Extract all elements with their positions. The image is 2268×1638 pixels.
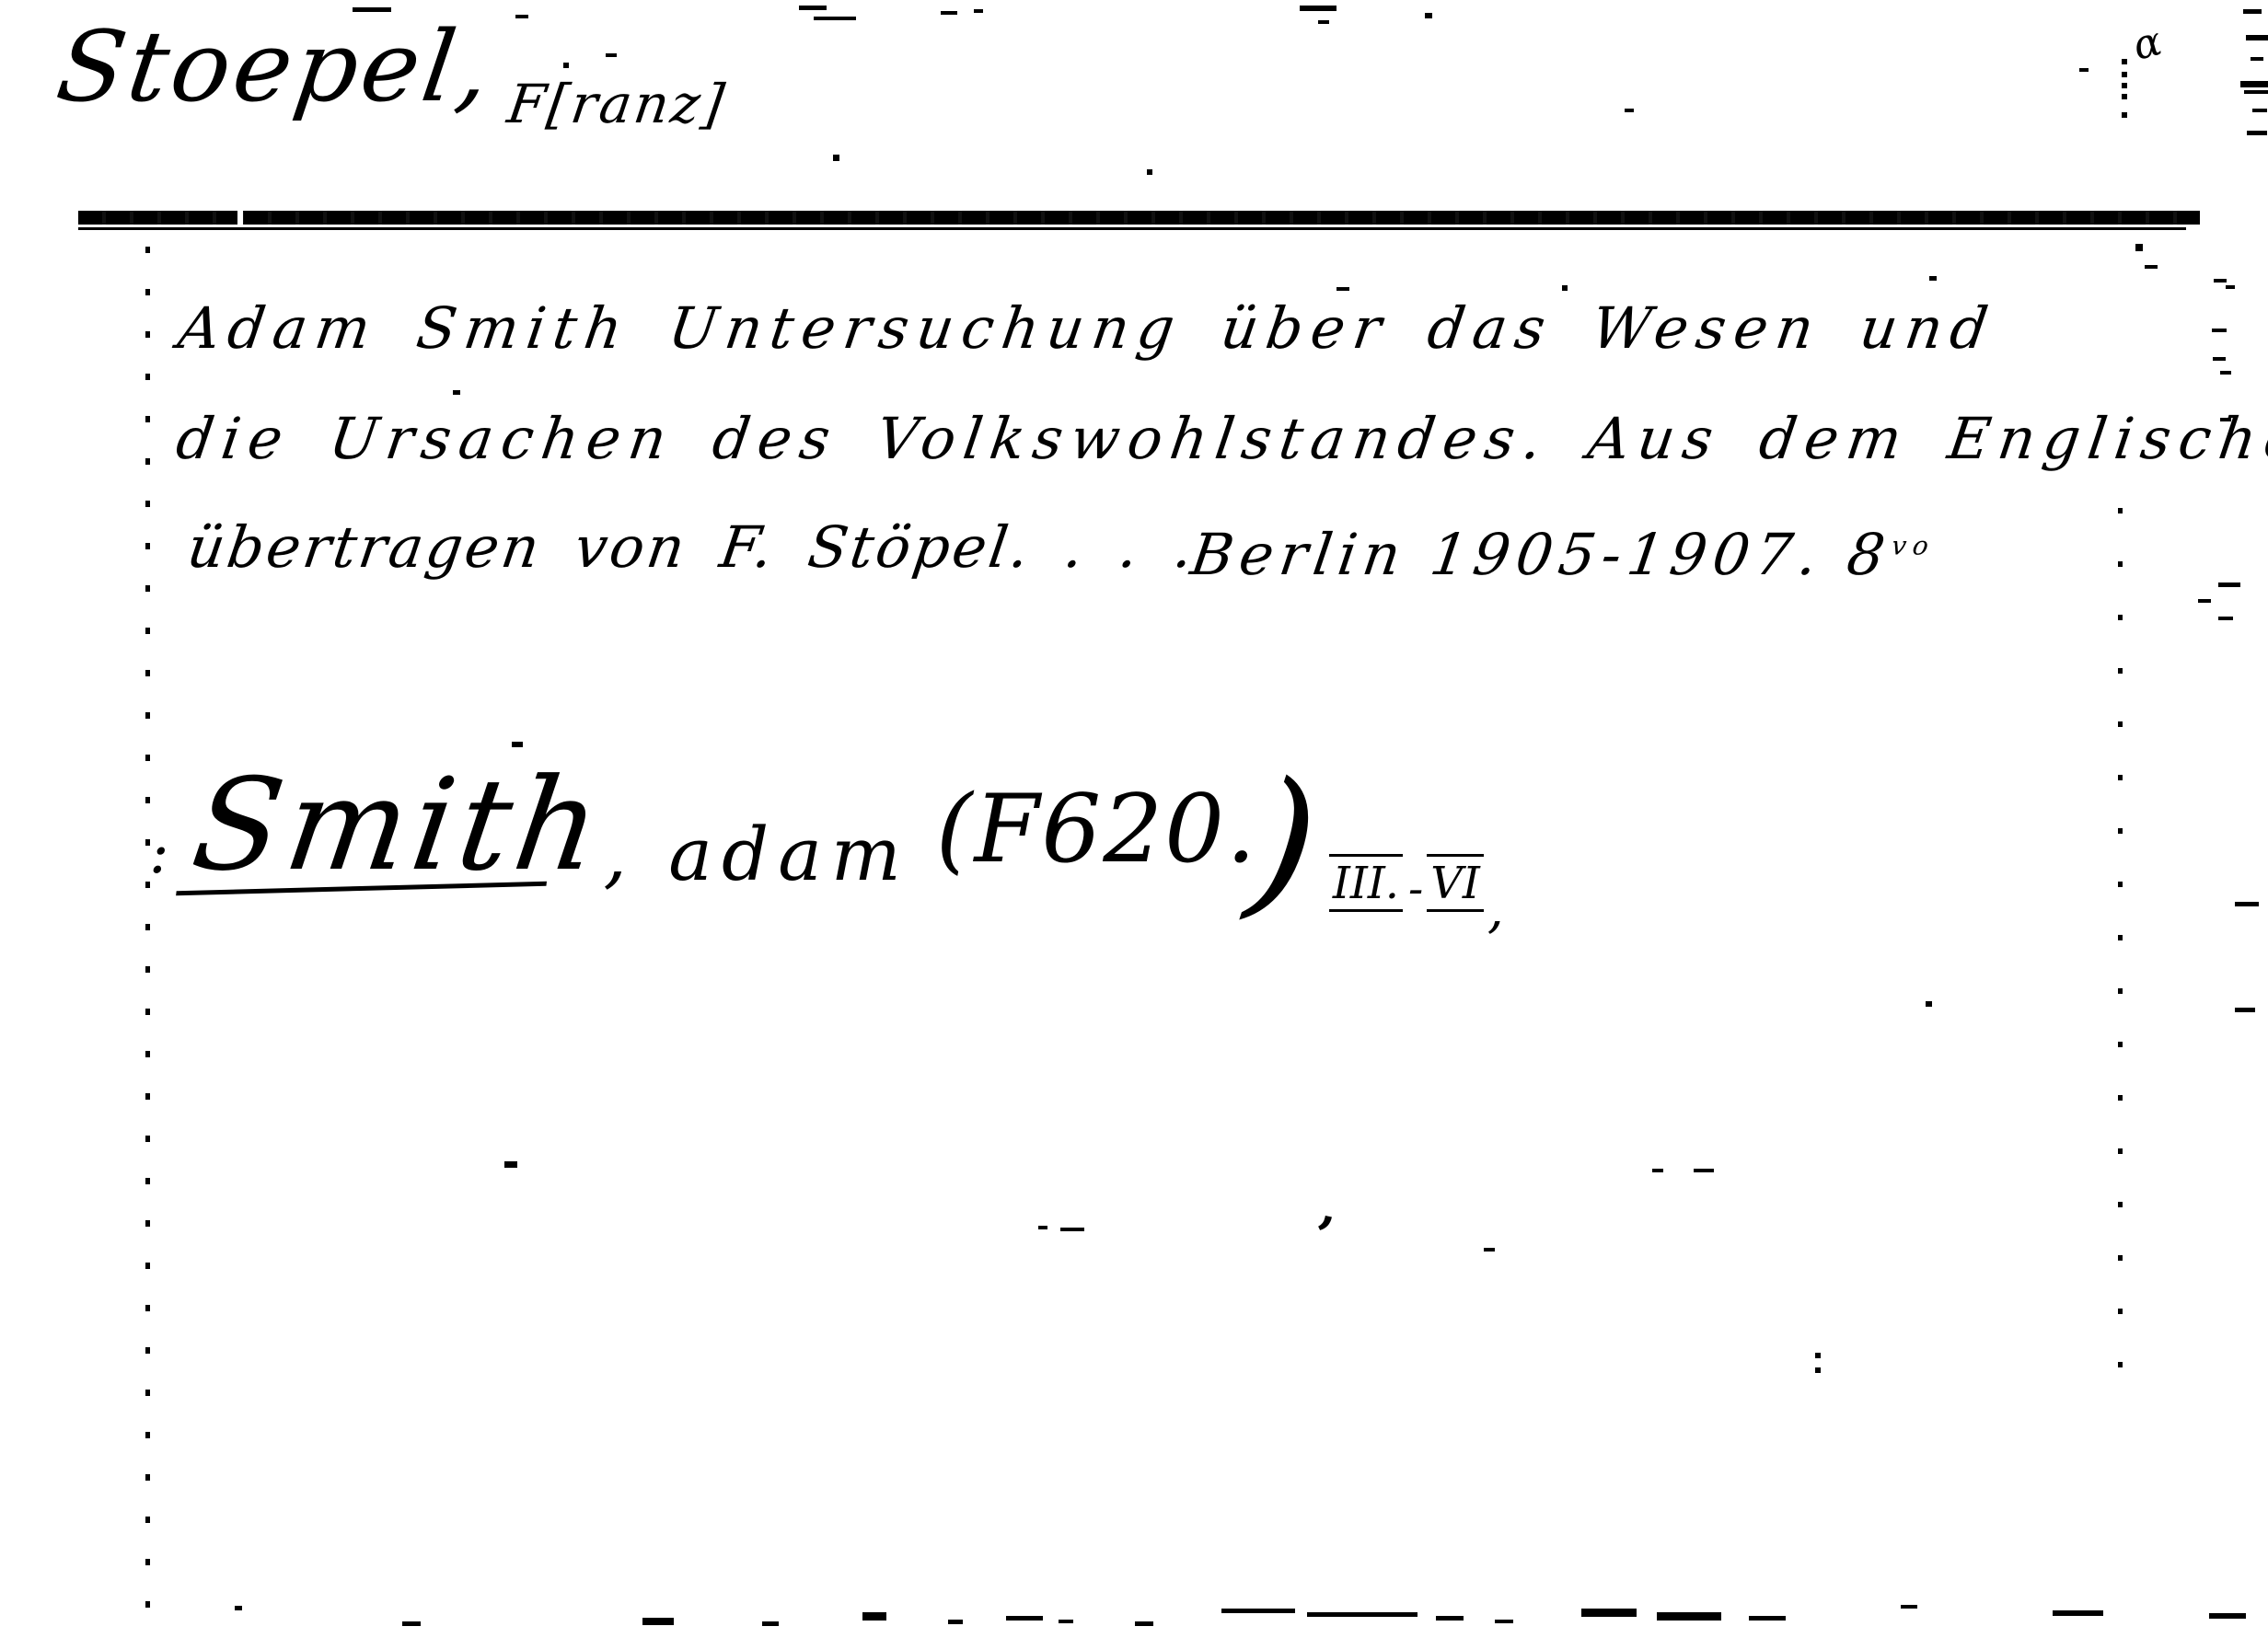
scan-artifact [1495,1620,1513,1623]
volume-trailing-comma: , [1487,880,1504,940]
header-rule-thick [78,211,2200,225]
scan-artifact [1221,1609,1295,1613]
scan-artifact [504,1161,517,1168]
scan-artifact [453,390,460,395]
scan-artifact [1652,1169,1663,1172]
volume-range: III. - VI , [1329,854,1504,940]
scan-artifact [1307,1612,1417,1617]
scan-artifact [974,9,983,13]
scan-artifact [1815,1353,1821,1358]
scan-artifact [1436,1616,1464,1621]
scan-artifact [2246,35,2268,40]
scan-artifact [2218,617,2233,620]
scan-artifact [2235,1008,2255,1012]
scan-artifact [2209,1613,2246,1619]
reference-entry: : Smith , adam (F620. ) III. - VI , [149,762,1504,940]
scan-artifact [2220,371,2231,375]
scan-artifact [2212,329,2227,332]
volume-from: III. [1329,854,1403,912]
scan-artifact [563,63,569,68]
scan-artifact [1926,1001,1932,1007]
scan-artifact [2122,94,2127,99]
reference-colon: : [149,819,169,887]
imprint-text: Berlin 1905-1907. 8 [1186,521,1895,588]
imprint: Berlin 1905-1907. 8vo [1187,526,1938,583]
scan-artifact [1006,1616,1043,1621]
scan-artifact [948,1620,963,1624]
imprint-format-superscript: vo [1890,530,1937,560]
scan-artifact [2247,131,2267,135]
scan-artifact [1815,1367,1821,1373]
header-rule-gap [237,211,243,225]
reference-name: Smith [186,762,612,889]
scan-artifact [2053,1610,2103,1616]
scan-artifact [2251,57,2263,61]
scan-artifact [2235,902,2259,906]
scan-artifact [833,155,839,161]
scan-artifact [515,15,528,18]
scan-artifact [2122,83,2127,88]
scan-artifact [1059,1620,1073,1623]
scan-artifact [235,1606,242,1610]
scan-artifact [1929,276,1937,281]
scan-artifact [1562,285,1568,291]
shelfmark-closing-paren: ) [1241,744,1327,941]
scan-artifact [2079,68,2089,72]
scan-artifact [606,53,617,57]
scan-artifact [1318,20,1329,24]
catalog-card: Stoepel, F[ranz] Adam Smith Untersuchung… [0,0,2268,1638]
reference-forename: , adam [603,812,909,897]
scan-artifact [2218,583,2240,587]
scan-artifact [1484,1248,1495,1252]
volume-dash: - [1408,863,1423,915]
entry-line-2: die Ursachen des Volkswohlstandes. Aus d… [173,410,2268,467]
volume-to: VI [1427,854,1484,912]
scan-artifact [862,1612,886,1621]
scan-artifact [1336,287,1349,291]
scan-artifact [2213,357,2226,361]
stray-comma-mark: , [1316,1179,1344,1237]
heading-surname: Stoepel, [52,18,500,116]
entry-line-3: übertragen von F. Stöpel. . . . [184,519,1199,576]
scan-artifact [1300,6,1336,11]
scan-artifact [1060,1228,1084,1231]
scan-artifact [1425,13,1432,18]
scan-artifact [2145,265,2158,269]
scan-artifact [1657,1612,1721,1621]
scan-artifact [2240,81,2268,87]
scan-artifact [2122,72,2127,77]
shelfmark: (F620. [936,775,1258,884]
scan-artifact [799,6,827,10]
scan-artifact [1581,1609,1637,1617]
entry-line-1: Adam Smith Untersuchung über das Wesen u… [175,300,1999,357]
scan-artifact [402,1621,421,1626]
scan-artifact [2122,59,2127,64]
scan-artifact [2198,599,2211,603]
scan-artifact [512,742,523,747]
corner-check-mark: α [2128,17,2166,70]
header-rule-thin [78,227,2186,230]
scan-artifact [941,11,957,15]
scan-artifact [2122,112,2127,118]
scan-artifact [2220,418,2231,421]
scan-artifact [2252,109,2267,112]
scan-artifact [2226,285,2235,289]
scan-artifact [1749,1616,1786,1621]
left-dotted-rule [145,247,150,1622]
scan-artifact [1038,1226,1047,1229]
scan-artifact [762,1621,779,1626]
scan-artifact [642,1618,674,1625]
scan-artifact [353,7,391,12]
scan-artifact [1901,1605,1917,1609]
scan-artifact [1147,169,1152,175]
scan-artifact [1135,1621,1153,1626]
heading-forename: F[ranz] [504,77,730,131]
scan-artifact [2135,244,2143,251]
scan-artifact [2214,279,2227,283]
scan-artifact [814,17,856,20]
scan-artifact [1625,109,1634,112]
scan-artifact [2244,90,2268,94]
right-dotted-rule [2118,508,2123,1391]
scan-artifact [1694,1169,1714,1172]
scan-artifact [2243,9,2262,14]
